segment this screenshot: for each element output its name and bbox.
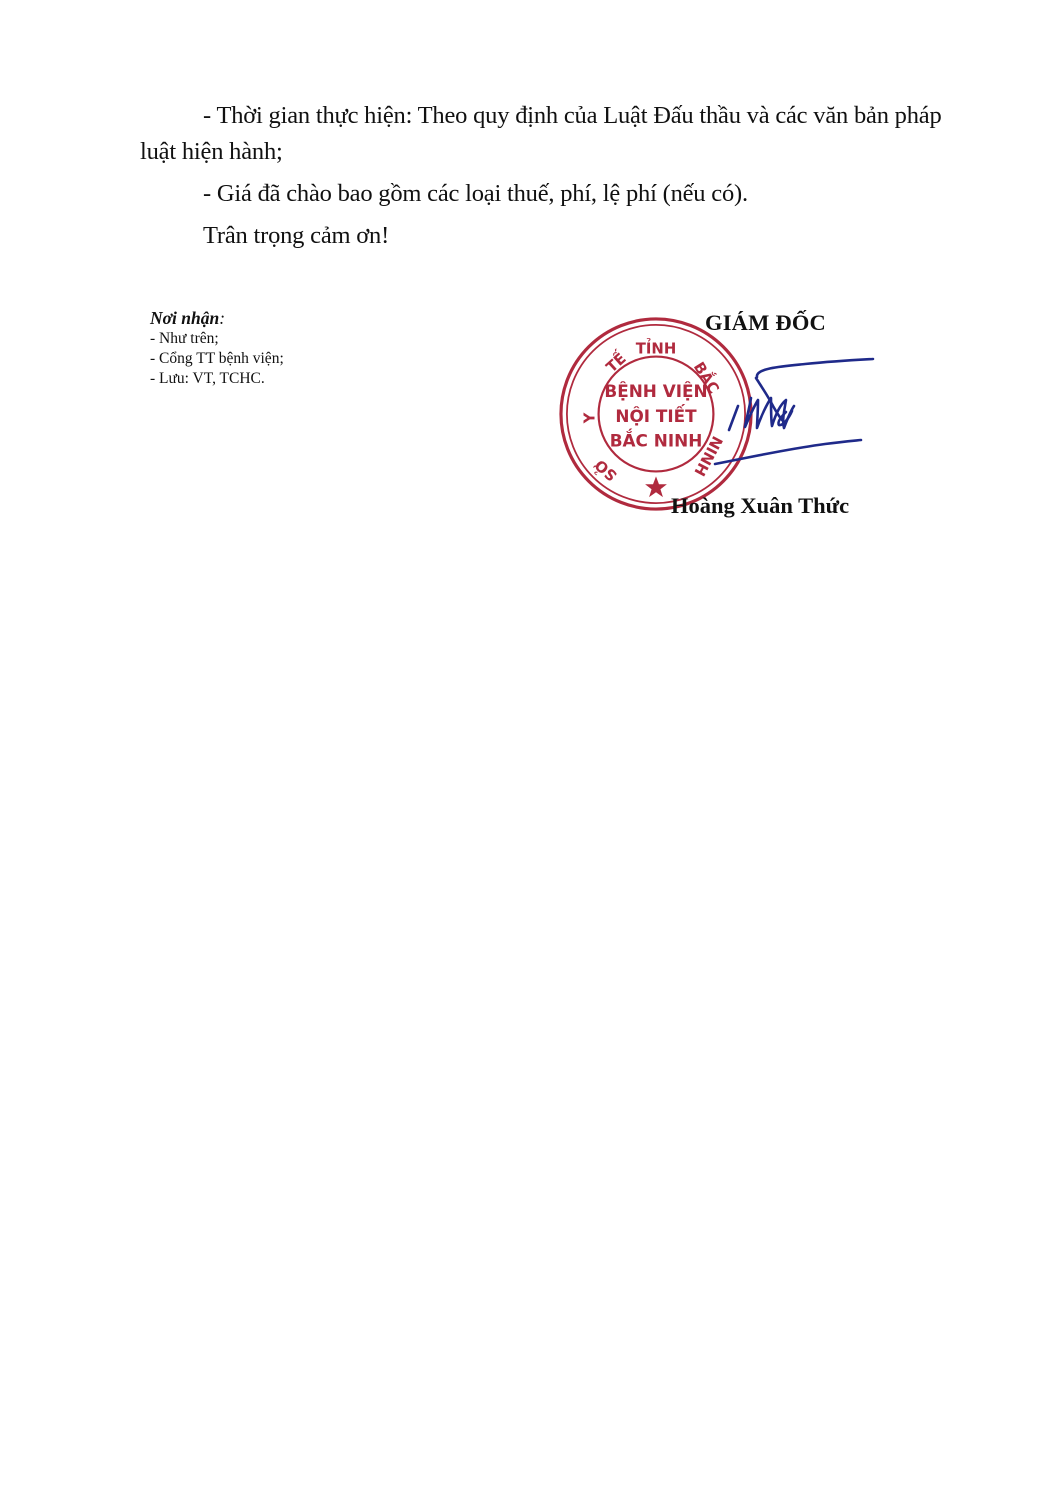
recipient-item: - Như trên; bbox=[150, 329, 410, 349]
signature-block: GIÁM ĐỐC TỈNH TẾ Y SỞ BẮC NINH BỆNH VIỆN bbox=[555, 300, 895, 530]
paragraph-line: luật hiện hành; bbox=[140, 138, 283, 165]
document-page: - Thời gian thực hiện: Theo quy định của… bbox=[0, 0, 1061, 1500]
recipients-block: Nơi nhận: - Như trên; - Cổng TT bệnh việ… bbox=[150, 307, 410, 389]
recipients-heading: Nơi nhận: bbox=[150, 307, 410, 329]
paragraph-line: Trân trọng cảm ơn! bbox=[203, 222, 389, 249]
paragraph-line: - Thời gian thực hiện: Theo quy định của… bbox=[140, 98, 962, 134]
paragraph-price-note: - Giá đã chào bao gồm các loại thuế, phí… bbox=[140, 176, 962, 212]
signer-name: Hoàng Xuân Thức bbox=[671, 493, 849, 519]
paragraph-closing: Trân trọng cảm ơn! bbox=[140, 218, 962, 254]
recipient-item: - Lưu: VT, TCHC. bbox=[150, 369, 410, 389]
paragraph-implementation-time: - Thời gian thực hiện: Theo quy định của… bbox=[140, 98, 962, 134]
recipients-heading-colon: : bbox=[219, 308, 225, 328]
paragraph-line: - Giá đã chào bao gồm các loại thuế, phí… bbox=[203, 180, 748, 207]
letter-body: - Thời gian thực hiện: Theo quy định của… bbox=[140, 98, 962, 254]
recipients-heading-text: Nơi nhận bbox=[150, 308, 219, 328]
paragraph-continuation: luật hiện hành; bbox=[140, 134, 962, 170]
recipient-item: - Cổng TT bệnh viện; bbox=[150, 349, 410, 369]
